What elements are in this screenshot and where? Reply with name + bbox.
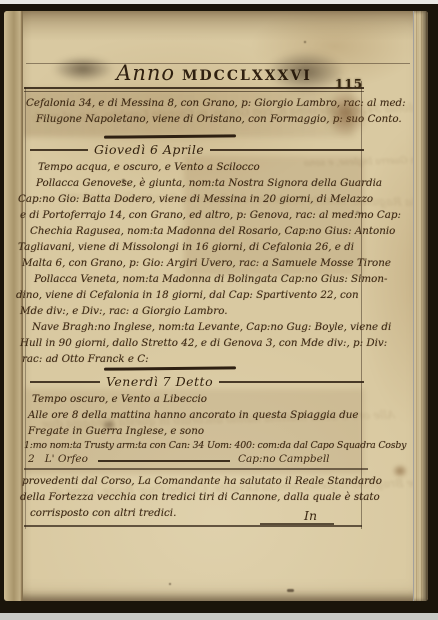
manuscript-line: Alle ore 8 della mattina hanno ancorato … <box>24 407 358 423</box>
manuscript-line: Tempo acqua, e oscuro, e Vento a Scilocc… <box>24 159 401 175</box>
day-heading-row: Giovedì 6 Aprile <box>30 142 364 157</box>
ink-speck <box>356 211 359 214</box>
manuscript-line: rac: ad Otto Franck e C: <box>22 351 401 367</box>
ink-smudge <box>52 56 114 82</box>
photo-bottom-strip <box>0 613 438 620</box>
day1-entries: Tempo acqua, e oscuro, e Vento a Scilocc… <box>24 159 401 367</box>
day-heading-row: Venerdì 7 Detto <box>30 374 364 389</box>
manuscript-line: corrisposto con altri tredici. <box>24 505 382 521</box>
day2-entries: Tempo oscuro, e Vento a Libeccio Alle or… <box>24 391 358 439</box>
manuscript-line: Pollacca Veneta, nom:ta Madonna di Bolin… <box>24 271 401 287</box>
manuscript-line: della Fortezza vecchia con tredici tiri … <box>20 489 382 505</box>
manuscript-line: Chechia Ragusea, nom:ta Madonna del Rosa… <box>24 223 401 239</box>
manuscript-line: Fregate in Guerra Inglese, e sono <box>24 423 358 439</box>
manuscript-page: Cefalonia 34, e di Messina 8, con Grano,… <box>4 11 428 601</box>
ink-smudge <box>266 51 346 93</box>
ink-speck <box>122 179 125 182</box>
manuscript-line: Tagliavani, viene di Missolongi in 16 gi… <box>18 239 401 255</box>
manuscript-line: Nave Bragh:no Inglese, nom:ta Levante, C… <box>24 319 401 335</box>
manuscript-photo: Cefalonia 34, e di Messina 8, con Grano,… <box>0 0 438 620</box>
frigate-entry-1: 1:mo nom:ta Trusty arm:ta con Can: 34 Uo… <box>24 440 406 451</box>
frigate-name: L' Orfeo <box>45 453 88 465</box>
year-word-script: Anno <box>116 61 175 85</box>
manuscript-line: e di Portoferrajo 14, con Grano, ed altr… <box>20 207 401 223</box>
manuscript-line: provedenti dal Corso, La Comandante ha s… <box>22 473 382 489</box>
section-end-rule <box>104 134 236 138</box>
manuscript-line: Mde div:, e Div:, rac: a Giorgio Lambro. <box>20 303 401 319</box>
frigate-number: 2 <box>28 453 35 465</box>
frame-rule-bottom <box>24 525 362 527</box>
frigate-fill-rule <box>98 460 230 463</box>
manuscript-line: Tempo oscuro, e Vento a Libeccio <box>24 391 358 407</box>
manuscript-line: Malta 6, con Grano, p: Gio: Argiri Uvero… <box>22 255 401 271</box>
manuscript-line: Hull in 90 giorni, dallo Stretto 42, e d… <box>20 335 401 351</box>
day-heading: Giovedì 6 Aprile <box>94 142 204 157</box>
brown-stain <box>392 464 408 478</box>
salute-paragraph: provedenti dal Corso, La Comandante ha s… <box>24 473 382 521</box>
frigate-entry-2: 2 L' Orfeo Cap:no Campbell <box>28 453 330 465</box>
catchword: In <box>304 508 317 523</box>
entry-divider-rule <box>24 468 368 470</box>
ink-speck <box>169 583 171 585</box>
manuscript-line: Cap:no Gio: Batta Dodero, viene di Messi… <box>18 191 401 207</box>
heading-rule-right <box>219 381 364 383</box>
manuscript-line: dino, viene di Cefalonia in 18 giorni, d… <box>16 287 401 303</box>
heading-rule-left <box>30 149 88 151</box>
frigate-captain: Cap:no Campbell <box>238 453 330 465</box>
ink-speck <box>287 589 294 592</box>
ink-speck <box>304 41 306 43</box>
heading-rule-right <box>210 149 364 151</box>
page-fore-edge <box>413 11 428 601</box>
day-heading: Venerdì 7 Detto <box>106 374 213 389</box>
brown-stain <box>324 91 368 137</box>
catchword-rule <box>260 523 334 525</box>
heading-rule-left <box>30 381 100 383</box>
manuscript-line: Pollacca Genovese, è giunta, nom:ta Nost… <box>24 175 401 191</box>
photo-top-strip <box>0 0 438 4</box>
brown-stain <box>104 421 114 429</box>
